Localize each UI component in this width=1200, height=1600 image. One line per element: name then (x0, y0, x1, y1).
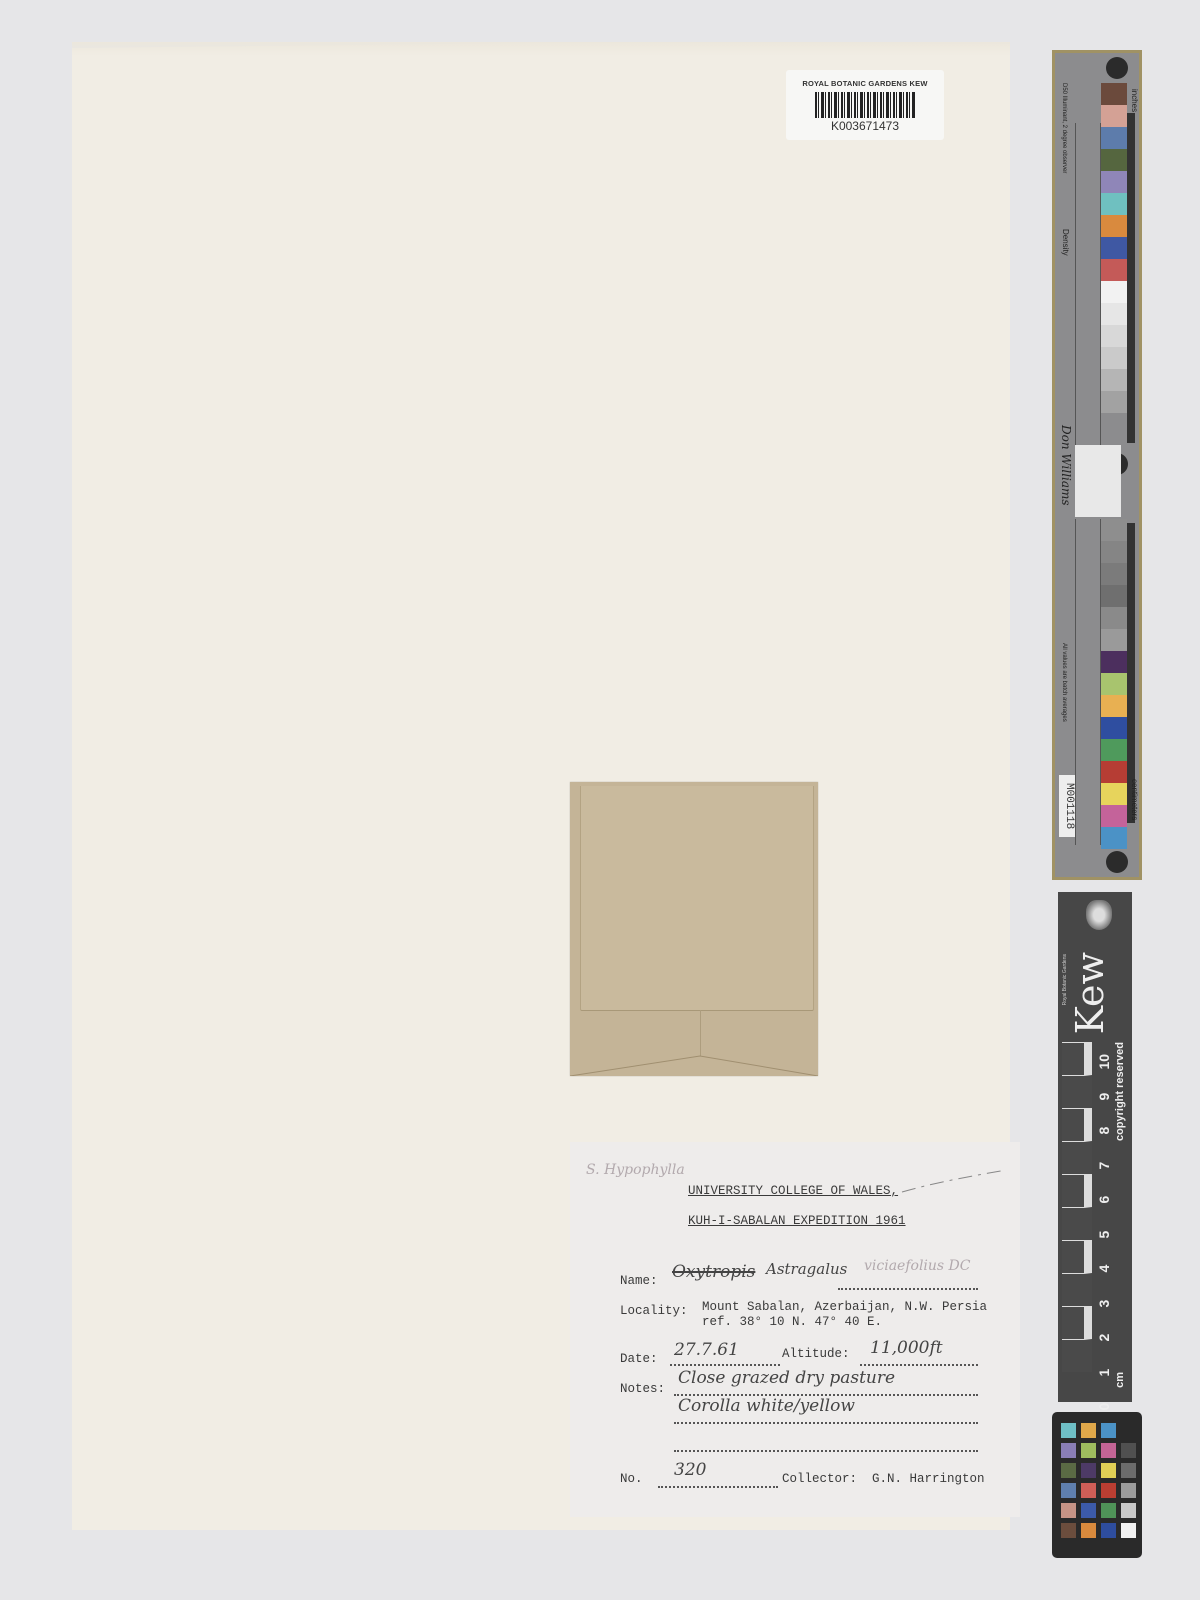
kew-scale-number: 4 (1096, 1251, 1112, 1286)
color-swatch (1101, 607, 1127, 629)
label-header-institution: UNIVERSITY COLLEGE OF WALES, (688, 1184, 898, 1198)
color-checker-chip (1061, 1423, 1076, 1438)
color-checker-chip (1101, 1463, 1116, 1478)
color-swatch (1101, 519, 1127, 541)
color-checker-chip (1061, 1503, 1076, 1518)
color-checker-chip (1081, 1503, 1096, 1518)
color-checker-chip (1061, 1483, 1076, 1498)
color-swatch (1101, 739, 1127, 761)
locality-label: Locality: (620, 1304, 688, 1318)
ruler-inch-scale (1127, 113, 1135, 443)
date-dotted-line (670, 1364, 780, 1366)
barcode-number: K003671473 (786, 119, 944, 133)
name-value: Astragalus (766, 1260, 847, 1278)
color-swatch (1101, 369, 1127, 391)
pencil-mark (900, 1166, 1010, 1196)
kew-scale-segment (1062, 1108, 1092, 1141)
notes-dotted-line-3 (674, 1450, 978, 1452)
color-checker-grid (1061, 1423, 1136, 1538)
color-checker-chip (1121, 1423, 1136, 1438)
color-swatch (1101, 629, 1127, 651)
kew-copyright: copyright reserved (1114, 1042, 1126, 1141)
kew-scale-segment (1062, 1174, 1092, 1207)
ruler-swatches-top (1101, 83, 1127, 413)
color-swatch (1101, 585, 1127, 607)
kew-scale-numbers: 109876543210 (1096, 1044, 1114, 1424)
date-value: 27.7.61 (674, 1340, 739, 1360)
kew-scale-number: 7 (1096, 1148, 1112, 1183)
color-checker-chip (1121, 1523, 1136, 1538)
color-swatch (1101, 149, 1127, 171)
name-struck-value: Oxytropis (672, 1262, 755, 1282)
altitude-value: 11,000ft (870, 1338, 943, 1358)
number-label: No. (620, 1472, 643, 1486)
ruler-values-note: All values are batch averages (1061, 643, 1067, 722)
color-checker-chip (1081, 1463, 1096, 1478)
name-dotted-line (838, 1288, 978, 1290)
color-checker-chip (1081, 1483, 1096, 1498)
color-swatch (1101, 717, 1127, 739)
ruler-hole-top (1106, 57, 1128, 79)
pencil-annotation: S. Hypophylla (586, 1162, 685, 1178)
color-swatch (1101, 83, 1127, 105)
sheet-fold-shadow (72, 42, 1010, 56)
color-checker-card (1052, 1412, 1142, 1558)
color-checker-chip (1101, 1483, 1116, 1498)
color-swatch (1101, 171, 1127, 193)
color-density-ruler: inches centimeters D50 Illuminant, 2 deg… (1052, 50, 1142, 880)
altitude-label: Altitude: (782, 1347, 850, 1361)
number-value: 320 (674, 1460, 706, 1480)
ruler-illuminant-note: D50 Illuminant, 2 degree observer (1061, 83, 1067, 173)
color-swatch (1101, 215, 1127, 237)
color-swatch (1101, 563, 1127, 585)
kew-scale-segment (1062, 1042, 1092, 1075)
ruler-inches-label: inches (1130, 89, 1139, 112)
locality-line-2: ref. 38° 10 N. 47° 40 E. (702, 1315, 882, 1329)
color-swatch (1101, 347, 1127, 369)
kew-scale-segment (1062, 1141, 1092, 1174)
ruler-cm-scale (1127, 523, 1135, 823)
notes-line-2: Corolla white/yellow (678, 1396, 855, 1416)
kew-scale-number: 8 (1096, 1113, 1112, 1148)
color-swatch (1101, 761, 1127, 783)
color-checker-chip (1101, 1423, 1116, 1438)
color-checker-chip (1061, 1523, 1076, 1538)
kew-scale-number: 10 (1096, 1044, 1112, 1079)
color-swatch (1101, 105, 1127, 127)
notes-line-1: Close grazed dry pasture (678, 1368, 895, 1388)
ruler-density-column-top (1075, 123, 1101, 445)
ruler-hole-bottom (1106, 851, 1128, 873)
barcode-institution: ROYAL BOTANIC GARDENS KEW (786, 79, 944, 88)
collection-label: S. Hypophylla UNIVERSITY COLLEGE OF WALE… (570, 1142, 1020, 1517)
notes-dotted-line-2 (674, 1422, 978, 1424)
color-swatch (1101, 325, 1127, 347)
kew-subtitle: Royal Botanic Gardens (1062, 954, 1068, 1005)
color-checker-chip (1081, 1443, 1096, 1458)
kew-scale-segment (1062, 1306, 1092, 1339)
collector-value: G.N. Harrington (872, 1472, 985, 1486)
notes-label: Notes: (620, 1382, 665, 1396)
kew-scale-number: 9 (1096, 1079, 1112, 1114)
color-swatch (1101, 783, 1127, 805)
barcode-icon (815, 92, 915, 118)
ruler-density-column-bottom (1075, 519, 1101, 845)
kew-scale-segment (1062, 1240, 1092, 1273)
color-checker-chip (1061, 1443, 1076, 1458)
color-checker-chip (1101, 1443, 1116, 1458)
kew-scale-segment (1062, 1339, 1092, 1372)
kew-scale-number: 6 (1096, 1182, 1112, 1217)
kew-scale-segment (1062, 1075, 1092, 1108)
locality-line-1: Mount Sabalan, Azerbaijan, N.W. Persia (702, 1300, 987, 1314)
name-annotation: viciaefolius DC (864, 1258, 971, 1274)
color-swatch (1101, 651, 1127, 673)
color-checker-chip (1101, 1523, 1116, 1538)
color-checker-chip (1061, 1463, 1076, 1478)
kew-scale-segment (1062, 1273, 1092, 1306)
color-swatch (1101, 237, 1127, 259)
ruler-centimeters-label: centimeters (1130, 779, 1139, 820)
color-swatch (1101, 827, 1127, 849)
envelope-flap (580, 786, 814, 1011)
kew-scale-bar: Kew Royal Botanic Gardens 109876543210 c… (1058, 892, 1132, 1402)
label-header-expedition: KUH-I-SABALAN EXPEDITION 1961 (688, 1214, 906, 1228)
barcode-label: ROYAL BOTANIC GARDENS KEW K003671473 (786, 70, 944, 140)
name-label: Name: (620, 1274, 658, 1288)
altitude-dotted-line (860, 1364, 978, 1366)
number-dotted-line (658, 1486, 778, 1488)
kew-scale-number: 1 (1096, 1355, 1112, 1390)
ruler-density-label: Density (1061, 229, 1070, 256)
color-swatch (1101, 541, 1127, 563)
kew-scale-number: 5 (1096, 1217, 1112, 1252)
ruler-id-tag: M001118 (1059, 775, 1075, 837)
ruler-swatches-bottom (1101, 519, 1127, 849)
color-checker-chip (1121, 1463, 1136, 1478)
color-swatch (1101, 673, 1127, 695)
color-checker-chip (1081, 1423, 1096, 1438)
envelope-bottom-fold (570, 1040, 818, 1076)
color-swatch (1101, 193, 1127, 215)
date-label: Date: (620, 1352, 658, 1366)
color-swatch (1101, 259, 1127, 281)
color-swatch (1101, 281, 1127, 303)
kew-unit: cm (1114, 1372, 1126, 1388)
color-swatch (1101, 127, 1127, 149)
kew-crest-icon (1086, 900, 1112, 930)
color-checker-chip (1121, 1483, 1136, 1498)
color-checker-chip (1081, 1523, 1096, 1538)
color-checker-chip (1121, 1443, 1136, 1458)
color-swatch (1101, 303, 1127, 325)
color-checker-chip (1101, 1503, 1116, 1518)
kew-scale-segment (1062, 1207, 1092, 1240)
color-checker-chip (1121, 1503, 1136, 1518)
kew-logo: Kew (1068, 952, 1112, 1034)
ruler-gray-step-inset (1075, 445, 1121, 517)
color-swatch (1101, 695, 1127, 717)
ruler-brand: Don Williams (1059, 425, 1073, 506)
color-swatch (1101, 391, 1127, 413)
kew-scale-number: 3 (1096, 1286, 1112, 1321)
color-swatch (1101, 805, 1127, 827)
kew-scale-number: 2 (1096, 1320, 1112, 1355)
collector-label: Collector: (782, 1472, 857, 1486)
kew-cm-scale (1062, 1042, 1092, 1392)
